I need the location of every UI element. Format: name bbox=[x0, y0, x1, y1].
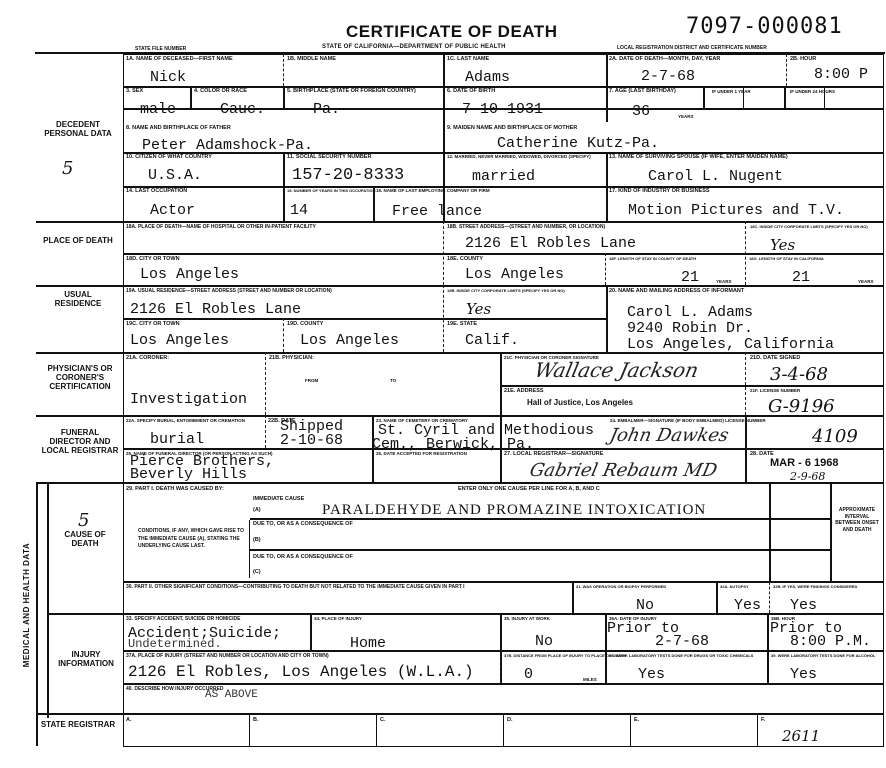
accepted-label: 26. DATE ACCEPTED FOR REGISTRATION bbox=[376, 452, 467, 457]
occupation-label: 14. LAST OCCUPATION bbox=[126, 189, 187, 195]
registrar-box-f: F.2611 bbox=[758, 715, 884, 747]
col-rule bbox=[716, 582, 718, 613]
col-rule bbox=[606, 54, 608, 108]
registrar-box-f-label: F. bbox=[761, 718, 765, 724]
row-rule bbox=[500, 385, 884, 387]
autopsy-label: 32a. AUTOPSY bbox=[720, 585, 749, 589]
interval-label: APPROXIMATE INTERVAL BETWEEN ONSET AND D… bbox=[834, 507, 880, 533]
stay-state-unit: YEARS bbox=[858, 279, 874, 284]
divider-place bbox=[36, 285, 884, 287]
registrar-box-c-label: C. bbox=[380, 718, 386, 724]
lab-tests-label: 38. WERE LABORATORY TESTS DONE FOR DRUGS… bbox=[609, 654, 753, 658]
registrar-label: 27. LOCAL REGISTRAR—SIGNATURE bbox=[504, 452, 603, 458]
registrar-box-b-label: B. bbox=[253, 718, 259, 724]
occupation-value: Actor bbox=[150, 203, 195, 218]
informant-line3: Los Angeles, California bbox=[627, 337, 834, 352]
part1-label: 29. PART I. DEATH WAS CAUSED BY: bbox=[126, 487, 224, 493]
under-24h-label: IF UNDER 24 HOURS bbox=[790, 89, 835, 94]
col-rule bbox=[769, 482, 771, 582]
industry-label: 17. KIND OF INDUSTRY OR BUSINESS bbox=[609, 189, 710, 195]
autopsy-value: Yes bbox=[734, 598, 761, 613]
to-label: TO bbox=[390, 378, 396, 383]
col-rule bbox=[283, 318, 284, 352]
divider-decedent bbox=[36, 221, 884, 223]
section-usual-residence: USUAL RESIDENCE bbox=[40, 290, 116, 308]
date-of-death-value: 2-7-68 bbox=[641, 69, 695, 84]
operation-value: No bbox=[636, 598, 654, 613]
pod-county-value: Los Angeles bbox=[465, 267, 564, 282]
alcohol-value: Yes bbox=[790, 667, 817, 682]
alcohol-label: 39. WERE LABORATORY TESTS DONE FOR ALCOH… bbox=[771, 654, 875, 658]
registrar-box-e-label: E. bbox=[634, 718, 639, 724]
facility-label: 18a. PLACE OF DEATH—NAME OF HOSPITAL OR … bbox=[126, 225, 316, 230]
cert-address-label: 21e. ADDRESS bbox=[504, 389, 544, 395]
section-decedent: DECEDENT PERSONAL DATA bbox=[40, 120, 116, 138]
row-rule bbox=[123, 683, 884, 685]
registrar-signature: Gabriel Rebaum MD bbox=[528, 460, 719, 481]
col-rule bbox=[830, 482, 832, 582]
spouse-label: 13. NAME OF SURVIVING SPOUSE (IF WIFE, E… bbox=[609, 155, 788, 161]
res-state-value: Calif. bbox=[465, 333, 519, 348]
row-rule bbox=[123, 650, 884, 652]
part2-label: 30. PART II. OTHER SIGNIFICANT CONDITION… bbox=[126, 585, 465, 590]
cause-a-label: (A) bbox=[253, 508, 261, 514]
local-registration-label: LOCAL REGISTRATION DISTRICT AND CERTIFIC… bbox=[617, 45, 767, 51]
col-rule bbox=[500, 650, 501, 683]
col-rule bbox=[745, 415, 747, 482]
physician-signature: Wallace Jackson bbox=[532, 358, 700, 382]
row-rule bbox=[123, 186, 884, 188]
res-county-value: Los Angeles bbox=[300, 333, 399, 348]
due-to-b-label: DUE TO, OR AS A CONSEQUENCE OF bbox=[253, 522, 353, 528]
embalmer-label: 24. EMBALMER—SIGNATURE (IF BODY EMBALMED… bbox=[610, 419, 766, 424]
col-rule bbox=[310, 613, 312, 650]
pod-inside-city-value: Yes bbox=[770, 236, 795, 254]
at-work-label: 35. INJURY AT WORK bbox=[504, 617, 550, 622]
middle-name-label: 1b. MIDDLE NAME bbox=[287, 57, 336, 63]
last-name-label: 1c. LAST NAME bbox=[447, 57, 489, 63]
registrar-box-e: E. bbox=[631, 715, 758, 747]
at-work-value: No bbox=[535, 634, 553, 649]
coroner-value: Investigation bbox=[130, 392, 247, 407]
section-funeral: FUNERAL DIRECTOR AND LOCAL REGISTRAR bbox=[40, 428, 120, 456]
race-value: Cauc. bbox=[220, 102, 265, 117]
coroner-label: 21a. CORONER: bbox=[126, 356, 169, 362]
res-state-label: 19e. STATE bbox=[447, 322, 477, 328]
employer-label: 16. NAME OF LAST EMPLOYING COMPANY OR FI… bbox=[376, 189, 490, 194]
informant-label: 20. NAME AND MAILING ADDRESS OF INFORMAN… bbox=[609, 289, 744, 295]
spouse-value: Carol L. Nugent bbox=[648, 169, 783, 184]
col-rule bbox=[745, 221, 746, 285]
industry-value: Motion Pictures and T.V. bbox=[628, 203, 844, 218]
marital-label: 12. MARRIED, NEVER MARRIED, WIDOWED, DIV… bbox=[447, 155, 591, 160]
license-label: 21f. LICENSE NUMBER bbox=[750, 389, 800, 394]
res-inside-city-value: Yes bbox=[466, 300, 491, 318]
age-unit: YEARS bbox=[678, 114, 694, 119]
col-rule bbox=[500, 352, 502, 482]
col-rule bbox=[703, 86, 705, 108]
col-rule bbox=[283, 86, 285, 108]
col-rule bbox=[767, 613, 769, 683]
document-title: CERTIFICATE OF DEATH bbox=[346, 22, 557, 42]
col-rule bbox=[786, 54, 787, 86]
citizen-value: U.S.A. bbox=[148, 168, 202, 183]
res-city-value: Los Angeles bbox=[130, 333, 229, 348]
res-city-label: 19c. CITY OR TOWN bbox=[126, 322, 180, 328]
col-rule bbox=[190, 86, 192, 108]
last-name-value: Adams bbox=[465, 70, 510, 85]
col-rule bbox=[283, 54, 284, 86]
ssn-value: 157-20-8333 bbox=[292, 167, 404, 184]
registrar-box-b: B. bbox=[250, 715, 377, 747]
embalmer-license: 4109 bbox=[812, 426, 858, 447]
first-name-label: 1a. NAME OF DECEASED—FIRST NAME bbox=[126, 57, 233, 63]
stay-state-value: 21 bbox=[792, 270, 810, 285]
employer-value: Free lance bbox=[392, 204, 482, 219]
informant-line2: 9240 Robin Dr. bbox=[627, 321, 753, 336]
years-value: 14 bbox=[290, 203, 308, 218]
injury-hour-line2: 8:00 P.M. bbox=[790, 634, 871, 649]
stay-county-label: 18f. LENGTH OF STAY IN COUNTY OF DEATH bbox=[609, 257, 696, 261]
funeral-date-line2: 2-10-68 bbox=[280, 433, 343, 448]
birthplace-label: 5. BIRTHPLACE (STATE OR FOREIGN COUNTRY) bbox=[287, 89, 416, 95]
col-rule bbox=[745, 352, 746, 415]
col-rule bbox=[283, 152, 285, 186]
lab-tests-value: Yes bbox=[638, 667, 665, 682]
cert-address-value: Hall of Justice, Los Angeles bbox=[527, 398, 633, 407]
race-label: 4. COLOR OR RACE bbox=[194, 89, 247, 95]
cause-a-value: PARALDEHYDE AND PROMAZINE INTOXICATION bbox=[322, 503, 706, 518]
col-rule bbox=[605, 253, 606, 285]
injury-location-label: 37a. PLACE OF INJURY (STREET AND NUMBER … bbox=[126, 654, 329, 659]
date-signed-label: 21d. DATE SIGNED bbox=[750, 356, 800, 362]
years-label: 15. NUMBER OF YEARS IN THIS OCCUPATION bbox=[287, 189, 375, 193]
distance-unit: MILES bbox=[583, 677, 597, 682]
sex-label: 3. SEX bbox=[126, 89, 143, 95]
citizen-label: 10. CITIZEN OF WHAT COUNTRY bbox=[126, 155, 212, 161]
sex-value: male bbox=[140, 102, 176, 117]
describe-value: AS ABOVE bbox=[205, 690, 258, 701]
injury-location-value: 2126 El Robles, Los Angeles (W.L.A.) bbox=[128, 664, 474, 680]
cemetery-line2: Cem., Berwick, Pa. bbox=[372, 437, 534, 452]
from-label: FROM bbox=[305, 378, 318, 383]
marital-value: married bbox=[472, 169, 535, 184]
col-rule bbox=[572, 582, 574, 613]
father-value: Peter Adamshock-Pa. bbox=[142, 138, 313, 153]
pod-street-value: 2126 El Robles Lane bbox=[465, 236, 636, 251]
col-rule bbox=[443, 285, 444, 352]
pod-city-value: Los Angeles bbox=[140, 267, 239, 282]
section-cause: CAUSE OF DEATH bbox=[55, 530, 115, 548]
cause-instruction: ENTER ONLY ONE CAUSE PER LINE FOR A, B, … bbox=[458, 487, 600, 493]
pod-county-label: 18e. COUNTY bbox=[447, 257, 483, 263]
mother-value: Catherine Kutz-Pa. bbox=[497, 136, 659, 151]
col-rule bbox=[265, 415, 266, 448]
col-rule bbox=[784, 86, 786, 108]
col-rule bbox=[606, 152, 608, 221]
medical-frame-inner bbox=[47, 482, 49, 718]
director-line2: Beverly Hills bbox=[130, 467, 247, 482]
pod-city-label: 18d. CITY OR TOWN bbox=[126, 257, 180, 263]
col-rule bbox=[283, 186, 285, 221]
injury-type-line2: Undetermined. bbox=[128, 638, 222, 650]
registrar-box-a: A. bbox=[123, 715, 250, 747]
col-rule bbox=[606, 285, 608, 352]
injury-type-label: 33. SPECIFY ACCIDENT, SUICIDE OR HOMICID… bbox=[126, 617, 240, 622]
row-rule bbox=[123, 318, 606, 320]
res-street-label: 19a. USUAL RESIDENCE—STREET ADDRESS (STR… bbox=[126, 289, 332, 294]
birthplace-value: Pa. bbox=[313, 102, 340, 117]
first-name-value: Nick bbox=[150, 70, 186, 85]
hour-label: 2b. HOUR bbox=[790, 57, 816, 63]
distance-value: 0 bbox=[524, 667, 533, 682]
cause-c-label: (C) bbox=[253, 570, 261, 576]
registrar-boxes: A. B. C. D. E. F.2611 bbox=[123, 715, 884, 747]
date-signed-value: 3-4-68 bbox=[770, 364, 828, 385]
dob-label: 6. DATE OF BIRTH bbox=[447, 89, 495, 95]
operation-label: 31. WAS OPERATION OR BIOPSY PERFORMED bbox=[576, 585, 666, 589]
injury-place-label: 34. PLACE OF INJURY bbox=[314, 617, 362, 622]
section-certification: PHYSICIAN'S OR CORONER'S CERTIFICATION bbox=[40, 364, 120, 392]
under-year-label: IF UNDER 1 YEAR bbox=[712, 89, 751, 94]
mother-label: 9. MAIDEN NAME AND BIRTHPLACE OF MOTHER bbox=[447, 126, 577, 132]
stay-state-label: 18g. LENGTH OF STAY IN CALIFORNIA bbox=[749, 257, 824, 261]
dob-value: 7-10-1931 bbox=[462, 102, 543, 117]
document-subtitle: STATE OF CALIFORNIA—DEPARTMENT OF PUBLIC… bbox=[322, 44, 506, 50]
stay-county-unit: YEARS bbox=[716, 279, 732, 284]
pod-inside-city-label: 18c. INSIDE CITY CORPORATE LIMITS (SPECI… bbox=[750, 225, 868, 229]
physician-label: 21b. PHYSICIAN: bbox=[269, 356, 314, 362]
res-street-value: 2126 El Robles Lane bbox=[130, 302, 301, 317]
section-medical-vertical: MEDICAL AND HEALTH DATA bbox=[22, 490, 42, 720]
res-inside-city-label: 19b. INSIDE CITY CORPORATE LIMITS (SPECI… bbox=[447, 289, 565, 293]
conditions-note: CONDITIONS, IF ANY, WHICH GAVE RISE TO T… bbox=[138, 528, 246, 551]
father-label: 8. NAME AND BIRTHPLACE OF FATHER bbox=[126, 126, 231, 132]
registrar-box-d: D. bbox=[504, 715, 631, 747]
ssn-label: 11. SOCIAL SECURITY NUMBER bbox=[287, 155, 371, 161]
license-value: G-9196 bbox=[768, 396, 835, 417]
immediate-label: IMMEDIATE CAUSE bbox=[253, 497, 304, 503]
date-of-death-label: 2a. DATE OF DEATH—MONTH, DAY, YEAR bbox=[609, 57, 720, 63]
age-label: 7. AGE (LAST BIRTHDAY) bbox=[609, 89, 676, 95]
col-rule bbox=[265, 352, 266, 415]
autopsy-used-value: Yes bbox=[790, 598, 817, 613]
col-rule bbox=[606, 108, 608, 122]
section-state-registrar: STATE REGISTRAR bbox=[40, 720, 116, 729]
stay-county-value: 21 bbox=[681, 270, 699, 285]
section-place-of-death: PLACE OF DEATH bbox=[40, 236, 116, 245]
age-value: 36 bbox=[632, 104, 650, 119]
filed-hand: 2-9-68 bbox=[790, 470, 825, 483]
disposition-value: burial bbox=[150, 432, 204, 447]
registrar-f-value: 2611 bbox=[782, 727, 820, 745]
col-rule bbox=[443, 54, 445, 221]
injury-place-value: Home bbox=[350, 636, 386, 651]
due-to-c-label: DUE TO, OR AS A CONSEQUENCE OF bbox=[253, 555, 353, 561]
res-county-label: 19d. COUNTY bbox=[287, 322, 323, 328]
embalmer-signature: John Dawkes bbox=[608, 425, 731, 446]
cause-b-label: (B) bbox=[253, 538, 261, 544]
decedent-mark: 5 bbox=[62, 158, 73, 179]
section-injury: INJURY INFORMATION bbox=[50, 650, 122, 668]
pod-street-label: 18b. STREET ADDRESS—(STREET AND NUMBER, … bbox=[447, 225, 605, 230]
informant-line1: Carol L. Adams bbox=[627, 305, 753, 320]
row-rule bbox=[250, 518, 830, 520]
col-rule bbox=[769, 582, 770, 613]
registrar-box-c: C. bbox=[377, 715, 504, 747]
disposition-label: 22a. SPECIFY BURIAL, ENTOMBMENT OR CREMA… bbox=[126, 419, 245, 424]
certificate-number: 7097-000081 bbox=[686, 14, 843, 39]
cause-mark: 5 bbox=[78, 510, 89, 531]
autopsy-used-label: 32b. IF YES, WERE FINDINGS CONSIDERED bbox=[773, 585, 857, 589]
registrar-box-d-label: D. bbox=[507, 718, 513, 724]
filed-stamp: MAR - 6 1968 bbox=[770, 457, 838, 469]
distance-label: 37b. DISTANCE FROM PLACE OF INJURY TO PL… bbox=[504, 654, 626, 658]
divider-certification bbox=[36, 415, 884, 417]
hour-value: 8:00 P bbox=[814, 67, 868, 82]
col-rule bbox=[443, 221, 444, 285]
injury-date-line2: 2-7-68 bbox=[655, 634, 709, 649]
registrar-box-a-label: A. bbox=[126, 718, 132, 724]
row-rule bbox=[250, 549, 830, 551]
